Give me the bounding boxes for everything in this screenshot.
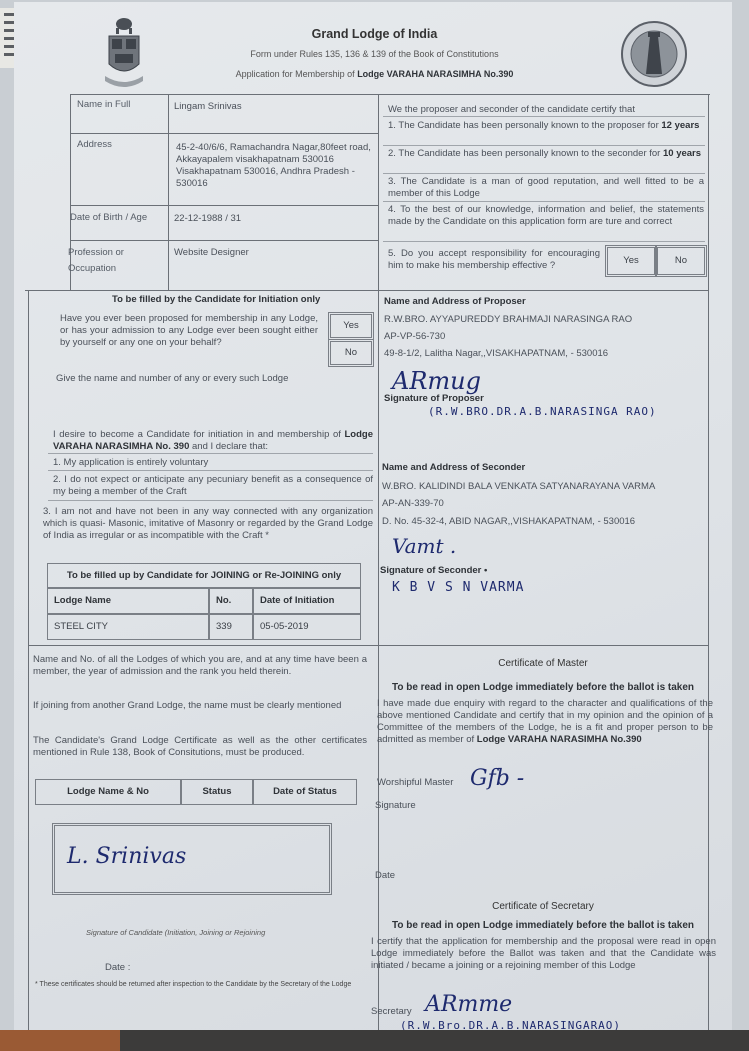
seconder-code: AP-AN-339-70	[382, 498, 444, 510]
certify-item-4: 4. To the best of our knowledge, informa…	[388, 204, 704, 228]
lodge-seal-emblem	[620, 18, 688, 90]
proposer-handwritten-name: (R.W.BRO.DR.A.B.NARASINGA RAO)	[428, 405, 657, 418]
candidate-date-label: Date :	[105, 962, 130, 974]
proposed-yes-label: Yes	[331, 315, 371, 337]
responsibility-yes-box[interactable]: Yes	[605, 245, 657, 277]
initiation-question: Have you ever been proposed for membersh…	[60, 313, 318, 349]
seconder-handwritten-name: K B V S N VARMA	[392, 580, 524, 595]
master-lodge: Lodge VARAHA NARASIMHA No.390	[477, 734, 642, 745]
responsibility-no-box[interactable]: No	[655, 245, 707, 277]
secretary-heading: Certificate of Secretary	[380, 901, 706, 912]
give-lodge-name-text: Give the name and number of any or every…	[56, 373, 288, 385]
name-value: Lingam Srinivas	[174, 101, 370, 113]
master-body: I have made due enquiry with regard to t…	[377, 698, 713, 746]
proposed-yes-box[interactable]: Yes	[328, 312, 374, 340]
responsibility-yes-label: Yes	[608, 248, 654, 274]
certify-item-5: 5. Do you accept responsibility for enco…	[388, 248, 600, 272]
seconder-name: W.BRO. KALIDINDI BALA VENKATA SATYANARAY…	[382, 481, 655, 493]
application-prefix: Application for Membership of	[236, 69, 358, 79]
proposer-address: 49-8-1/2, Lalitha Nagar,,VISAKHAPATNAM, …	[384, 348, 608, 360]
dob-label: Date of Birth / Age	[70, 212, 147, 223]
lodges-info-para-1: Name and No. of all the Lodges of which …	[33, 654, 367, 678]
proposer-signature-label: Signature of Proposer	[384, 393, 484, 404]
master-signature-label: Signature	[375, 800, 416, 812]
address-value: 45-2-40/6/6, Ramachandra Nagar,80feet ro…	[176, 142, 374, 190]
joining-heading: To be filled up by Candidate for JOINING…	[47, 563, 361, 588]
address-label: Address	[77, 139, 112, 150]
declaration-1: 1. My application is entirely voluntary	[53, 457, 208, 469]
proposer-name: R.W.BRO. AYYAPUREDDY BRAHMAJI NARASINGA …	[384, 314, 632, 326]
joining-row-lodge-name: STEEL CITY	[47, 614, 209, 640]
seconder-heading: Name and Address of Seconder	[382, 462, 525, 473]
lodges-col-status: Status	[181, 779, 253, 805]
dob-value: 22-12-1988 / 31	[174, 213, 241, 225]
joining-col-no: No.	[209, 588, 253, 614]
lodges-info-para-2: If joining from another Grand Lodge, the…	[33, 700, 367, 712]
certify-item-2-text: 2. The Candidate has been personally kno…	[388, 148, 663, 159]
proposer-heading: Name and Address of Proposer	[384, 296, 526, 307]
certify-item-1: 1. The Candidate has been personally kno…	[388, 120, 704, 132]
table-surface	[0, 1030, 749, 1051]
secretary-label: Secretary	[371, 1006, 412, 1018]
desire-statement: I desire to become a Candidate for initi…	[53, 429, 373, 453]
joining-col-lodge-name: Lodge Name	[47, 588, 209, 614]
secretary-body: I certify that the application for membe…	[371, 936, 716, 972]
secretary-subheading: To be read in open Lodge immediately bef…	[374, 920, 712, 931]
proposer-years: 12 years	[661, 120, 699, 131]
certify-item-2: 2. The Candidate has been personally kno…	[388, 148, 704, 160]
responsibility-no-label: No	[658, 248, 704, 274]
profession-label: Profession or Occupation	[68, 245, 148, 277]
lodges-col-name: Lodge Name & No	[35, 779, 181, 805]
candidate-signature-caption: Signature of Candidate (Initiation, Join…	[86, 928, 265, 937]
certify-intro: We the proposer and seconder of the cand…	[388, 104, 704, 116]
seconder-address: D. No. 45-32-4, ABID NAGAR,,VISHAKAPATNA…	[382, 516, 635, 528]
candidate-signature-box[interactable]: L. Srinivas	[52, 823, 332, 895]
certify-item-3: 3. The Candidate is a man of good reputa…	[388, 176, 704, 200]
seconder-signature-label: Signature of Seconder •	[380, 565, 487, 576]
seconder-years: 10 years	[663, 148, 701, 159]
profession-value: Website Designer	[174, 247, 249, 259]
worshipful-master-label: Worshipful Master	[377, 777, 453, 789]
joining-col-date: Date of Initiation	[253, 588, 361, 614]
desire-text-2: and I declare that:	[189, 441, 268, 452]
desire-text: I desire to become a Candidate for initi…	[53, 429, 345, 440]
secretary-signature: ARmme	[425, 992, 512, 1017]
application-lodge: Lodge VARAHA NARASIMHA No.390	[357, 69, 513, 79]
declaration-3: 3. I am not and have not been in any way…	[43, 506, 373, 542]
master-signature: Gfb -	[470, 766, 524, 791]
master-heading: Certificate of Master	[380, 658, 706, 669]
proposed-no-box[interactable]: No	[328, 339, 374, 367]
initiation-heading: To be filled by the Candidate for Initia…	[112, 294, 320, 305]
footnote: * These certificates should be returned …	[35, 980, 355, 990]
joining-row-date: 05-05-2019	[253, 614, 361, 640]
proposed-no-label: No	[331, 342, 371, 364]
declaration-2: 2. I do not expect or anticipate any pec…	[53, 474, 373, 498]
proposer-code: AP-VP-56-730	[384, 331, 445, 343]
lodges-col-date: Date of Status	[253, 779, 357, 805]
candidate-signature: L. Srinivas	[67, 844, 186, 869]
seconder-signature: Vamt .	[392, 534, 456, 558]
proposer-signature: ARmug	[392, 367, 481, 395]
master-date-label: Date	[375, 870, 395, 882]
certify-item-1-text: 1. The Candidate has been personally kno…	[388, 120, 661, 131]
lodges-info-para-3: The Candidate's Grand Lodge Certificate …	[33, 735, 367, 759]
joining-row-no: 339	[209, 614, 253, 640]
master-subheading: To be read in open Lodge immediately bef…	[380, 682, 706, 693]
name-label: Name in Full	[77, 99, 130, 110]
